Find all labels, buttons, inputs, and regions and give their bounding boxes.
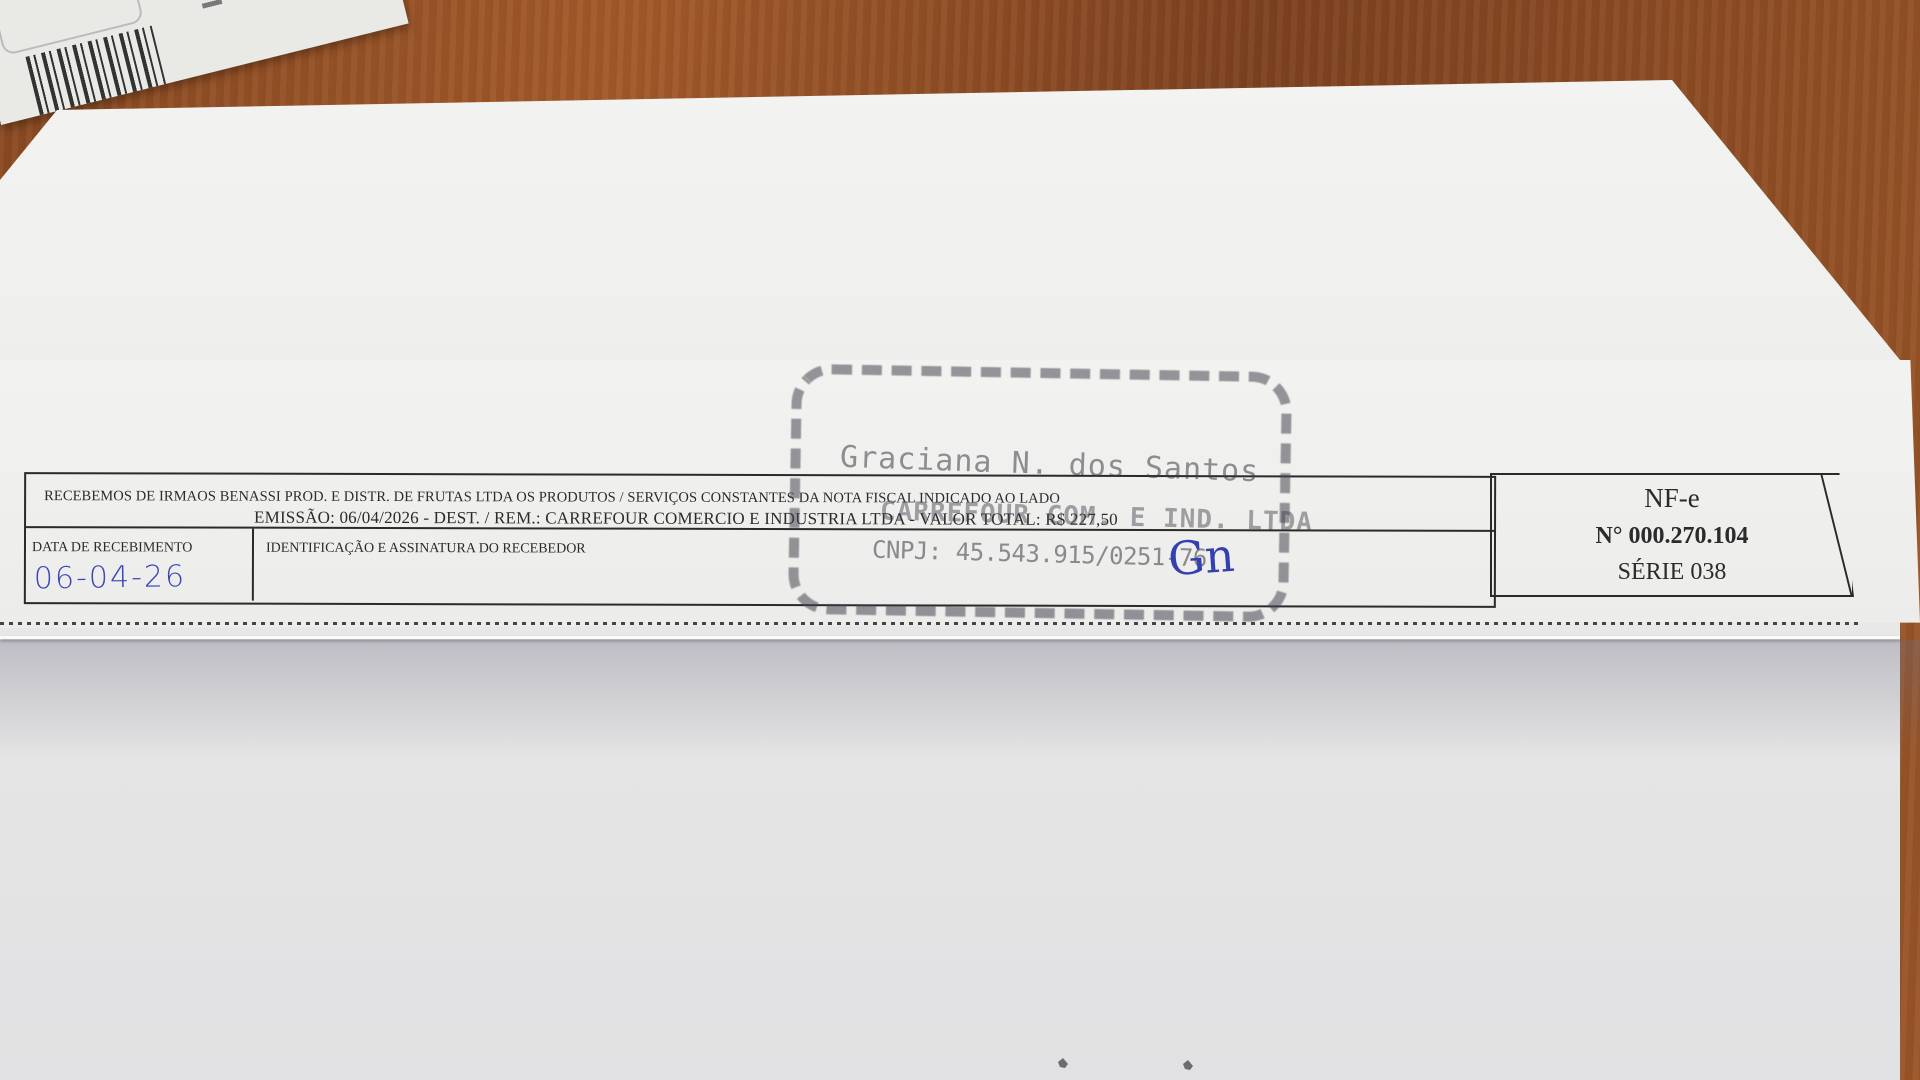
perforation-line	[0, 622, 1860, 625]
receipt-date-label: DATA DE RECEBIMENTO	[32, 540, 192, 556]
stub-tear-edge	[0, 636, 1900, 639]
nfe-number: N° 000.270.104	[1492, 523, 1852, 550]
recipient-signature-label: IDENTIFICAÇÃO E ASSINATURA DO RECEBEDOR	[266, 541, 586, 558]
nfe-number-box: NF-e N° 000.270.104 SÉRIE 038	[1490, 473, 1854, 597]
nfe-serie: SÉRIE 038	[1492, 559, 1852, 586]
signature-initials: Gn	[1166, 528, 1236, 586]
receipt-fields-row: DATA DE RECEBIMENTO 06-04-26 IDENTIFICAÇ…	[26, 528, 1494, 604]
nfe-title: NF-e	[1492, 483, 1852, 514]
stub-shadow	[0, 640, 1920, 760]
receipt-date-value: 06-04-26	[34, 559, 187, 596]
receipt-table: RECEBEMOS DE IRMAOS BENASSI PROD. E DIST…	[24, 472, 1496, 608]
qr-code-icon	[152, 0, 278, 21]
receipt-date-cell: DATA DE RECEBIMENTO 06-04-26	[26, 528, 254, 601]
